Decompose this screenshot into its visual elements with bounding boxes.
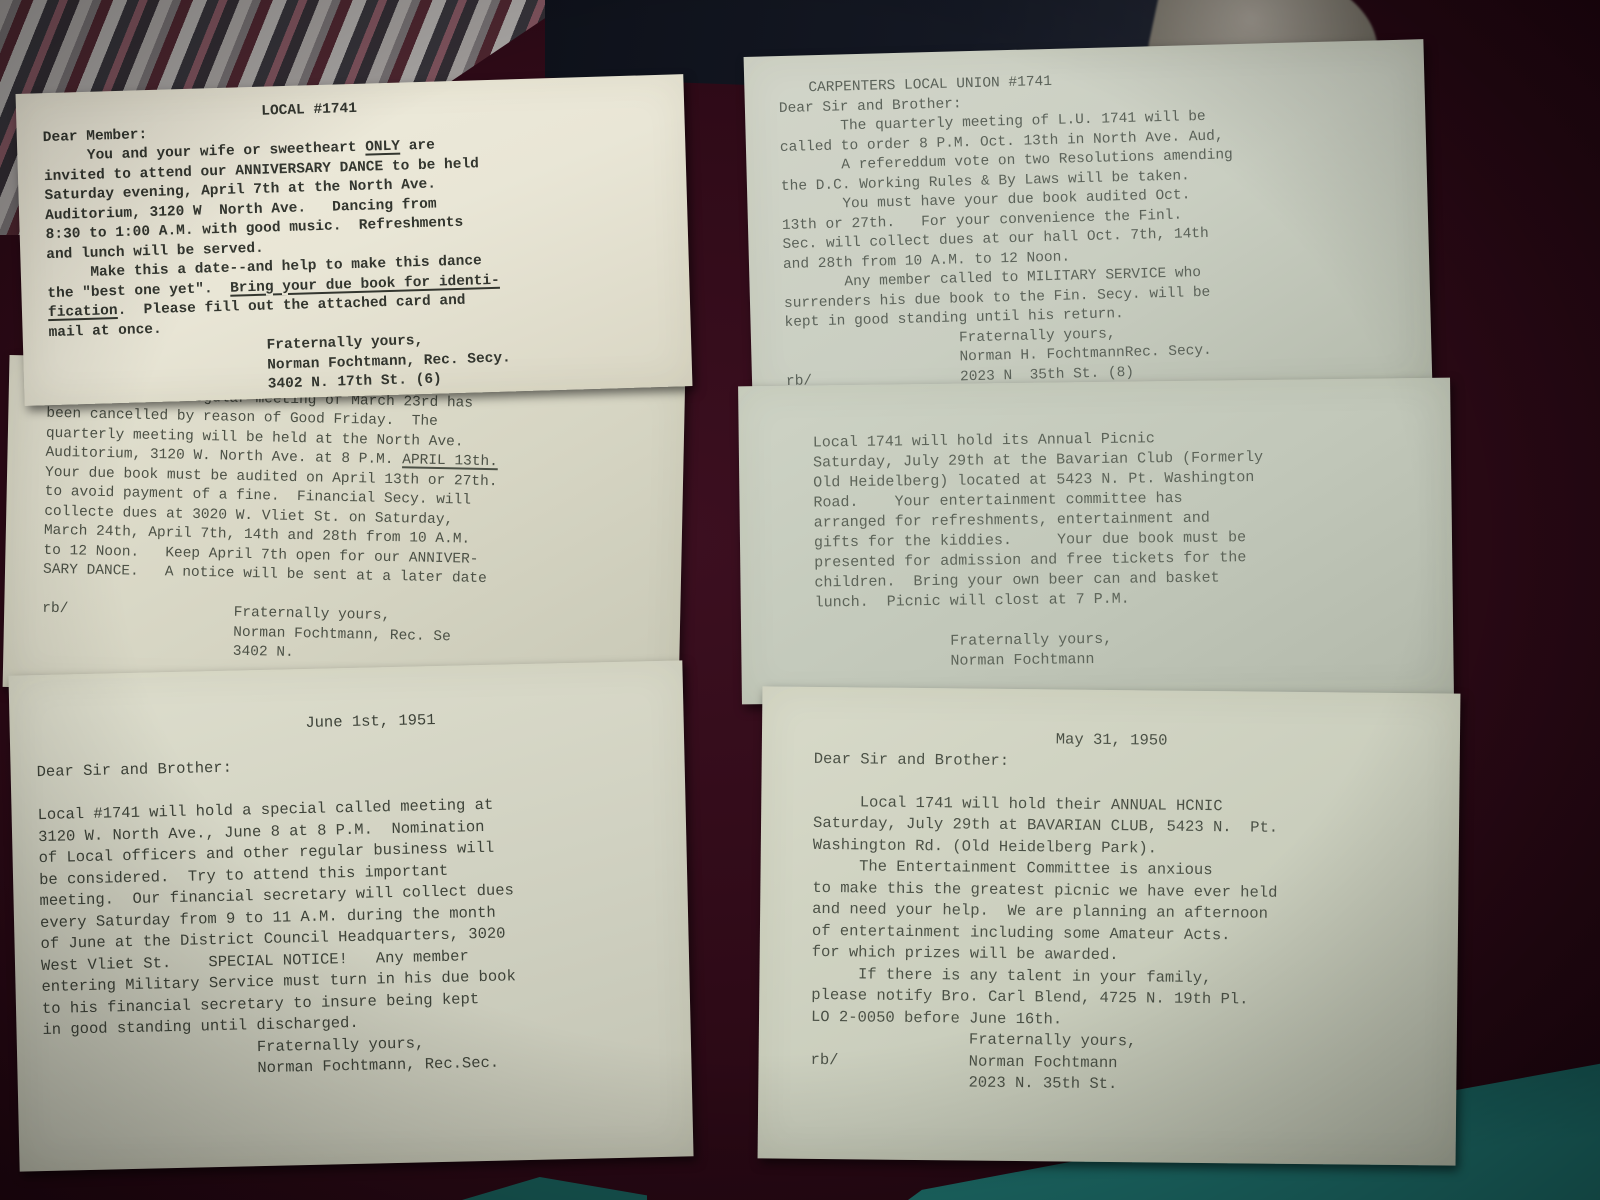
card-body: Dear Sir and Brother: The quarterly meet… (779, 83, 1416, 392)
card-body: June 1st, 1951 Dear Sir and Brother: Loc… (35, 705, 677, 1085)
postcard-anniversary-dance: LOCAL #1741 Dear Member: You and your wi… (16, 74, 693, 406)
postcard-special-meeting-1951: June 1st, 1951 Dear Sir and Brother: Loc… (8, 660, 693, 1171)
postcard-quarterly-meeting-october: CARPENTERS LOCAL UNION #1741 Dear Sir an… (744, 39, 1433, 405)
postcard-march-meeting-notice: 1 7 4 1 NOTICE::: The regular meeting of… (3, 355, 686, 701)
teal-fabric-bottom-center (462, 1177, 647, 1200)
card-body: May 31, 1950 Dear Sir and Brother: Local… (810, 727, 1446, 1099)
postcard-annual-picnic-1950: May 31, 1950 Dear Sir and Brother: Local… (758, 686, 1461, 1165)
card-body: Local 1741 will hold its Annual Picnic S… (813, 426, 1438, 674)
postcard-annual-picnic-bavarian: Local 1741 will hold its Annual Picnic S… (738, 378, 1454, 705)
card-body: NOTICE::: The regular meeting of March 2… (41, 385, 669, 671)
card-body: Dear Member: You and your wife or sweeth… (43, 110, 675, 401)
